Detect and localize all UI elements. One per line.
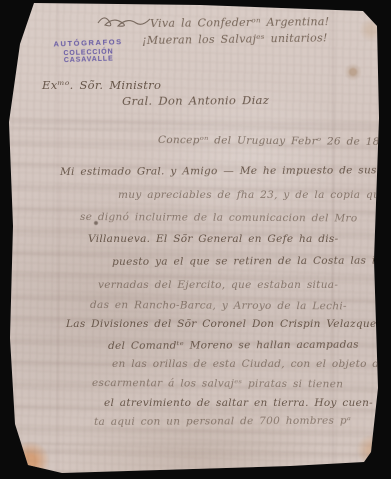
body-line: Villanueva. El Sõr General en Gefe ha di…	[88, 233, 338, 245]
body-line: del Comandᵗᵉ Moreno se hallan acampadas	[108, 339, 359, 352]
body-line: puesto ya el que se retiren de la Costa …	[112, 255, 386, 268]
paper-fold-line	[10, 128, 377, 130]
pen-flourish-mark	[96, 12, 158, 30]
mueran-motto-line: ¡Mueran los Salvajᵉˢ unitarios!	[142, 31, 328, 47]
scanned-letter-photo: Viva la Confederᵒⁿ Argentina! ¡Mueran lo…	[0, 0, 391, 479]
body-line: vernadas del Ejercito, que estaban situa…	[98, 279, 338, 291]
body-line: el atrevimiento de saltar en tierra. Hoy…	[104, 397, 373, 409]
stamp-line-2: COLECCIÓN CASAVALLE	[40, 48, 136, 65]
salutation-minister: Exᵐᵒ. Sõr. Ministro	[42, 78, 161, 92]
paper-crease	[57, 0, 59, 479]
body-line: escarmentar á los salvajᵉˢ piratas si ti…	[92, 377, 343, 390]
dateline: Concepᵒⁿ del Uruguay Febrᵒ 26 de 1846	[158, 134, 391, 148]
body-line: Las Divisiones del Sõr Coronel Don Crisp…	[66, 318, 391, 330]
body-line: en las orillas de esta Ciudad, con el ob…	[112, 358, 386, 370]
viva-motto-line: Viva la Confederᵒⁿ Argentina!	[150, 15, 329, 30]
paper-fold-line	[10, 443, 377, 445]
body-line: se dignó incluirme de la comunicacion de…	[80, 211, 358, 224]
body-line: Mi estimado Gral. y Amigo — Me he impues…	[60, 164, 391, 178]
collection-ownership-stamp: AUTÓGRAFOS COLECCIÓN CASAVALLE	[40, 37, 137, 65]
body-line: ta aqui con un personal de 700 hombres p…	[94, 415, 351, 428]
body-line: das en Rancho-Barca, y Arroyo de la Lech…	[90, 299, 347, 312]
letter-paper: Viva la Confederᵒⁿ Argentina! ¡Mueran lo…	[0, 0, 391, 479]
addressee-name: Gral. Don Antonio Diaz	[122, 93, 269, 108]
body-line: muy apreciables de fha 23, y de la copia…	[118, 189, 387, 201]
